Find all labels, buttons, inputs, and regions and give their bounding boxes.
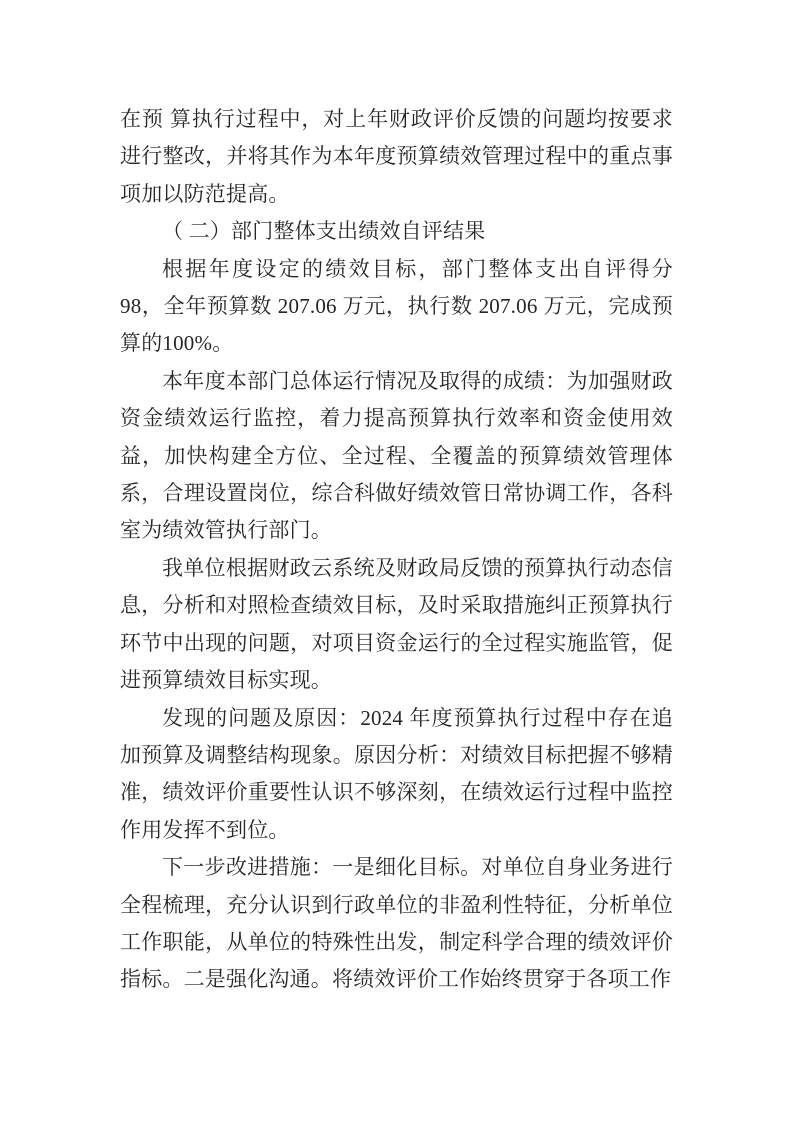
monitoring-paragraph: 我单位根据财政云系统及财政局反馈的预算执行动态信息，分析和对照检查绩效目标，及时… <box>120 550 673 700</box>
problems-paragraph: 发现的问题及原因：2024 年度预算执行过程中存在追加预算及调整结构现象。原因分… <box>120 700 673 850</box>
section-heading: （ 二）部门整体支出绩效自评结果 <box>120 213 673 250</box>
text-block: 在预 算执行过程中，对上年财政评价反馈的问题均按要求进行整改，并将其作为本年度预… <box>120 101 673 999</box>
improvement-paragraph: 下一步改进措施：一是细化目标。对单位自身业务进行全程梳理，充分认识到行政单位的非… <box>120 849 673 999</box>
self-eval-score-paragraph: 根据年度设定的绩效目标，部门整体支出自评得分 98，全年预算数 207.06 万… <box>120 251 673 363</box>
overall-operation-paragraph: 本年度本部门总体运行情况及取得的成绩：为加强财政资金绩效运行监控，着力提高预算执… <box>120 363 673 550</box>
document-page: 在预 算执行过程中，对上年财政评价反馈的问题均按要求进行整改，并将其作为本年度预… <box>0 0 793 1122</box>
carryover-paragraph: 在预 算执行过程中，对上年财政评价反馈的问题均按要求进行整改，并将其作为本年度预… <box>120 101 673 213</box>
